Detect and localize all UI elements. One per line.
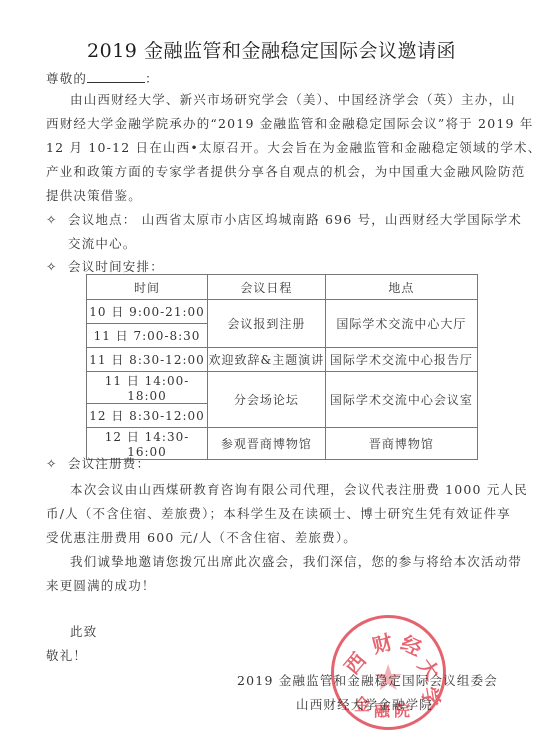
table-row: 10 日 9:00-21:00 会议报到注册 国际学术交流中心大厅	[87, 300, 478, 324]
location-cell: 晋商博物馆	[325, 428, 477, 460]
header-location: 地点	[325, 275, 477, 300]
schedule-table: 时间 会议日程 地点 10 日 9:00-21:00 会议报到注册 国际学术交流…	[86, 274, 478, 460]
table-row: 11 日 8:30-12:00 欢迎致辞&主题演讲 国际学术交流中心报告厅	[87, 348, 478, 372]
signature-org: 2019 金融监管和金融稳定国际会议组委会	[237, 671, 498, 689]
regards-line: 此致	[70, 622, 97, 640]
schedule-label: 会议时间安排：	[68, 259, 164, 274]
time-cell: 11 日 7:00-8:30	[87, 324, 208, 348]
intro-line: 由山西财经大学、新兴市场研究学会（美）、中国经济学会（英）主办，山	[70, 90, 516, 108]
agenda-cell: 欢迎致辞&主题演讲	[208, 348, 326, 372]
venue-item: ✧会议地点： 山西省太原市小店区坞城南路 696 号，山西财经大学国际学术	[46, 210, 522, 228]
closing-line: 来更圆满的成功！	[46, 576, 156, 594]
name-blank	[87, 70, 145, 83]
table-row: 11 日 14:00-18:00 分会场论坛 国际学术交流中心会议室	[87, 372, 478, 404]
time-cell: 11 日 8:30-12:00	[87, 348, 208, 372]
fee-line: 受优惠注册费用 600 元/人（不含住宿、差旅费）。	[46, 528, 357, 546]
venue-label: 会议地点：	[68, 212, 137, 227]
agenda-cell: 参观晋商博物馆	[208, 428, 326, 460]
location-cell: 国际学术交流中心会议室	[325, 372, 477, 428]
location-cell: 国际学术交流中心大厅	[325, 300, 477, 348]
intro-line: 12 月 10-12 日在山西•太原召开。大会旨在为金融监管和金融稳定领域的学术…	[46, 138, 541, 156]
venue-address-cont: 交流中心。	[68, 234, 137, 252]
time-cell: 11 日 14:00-18:00	[87, 372, 208, 404]
header-agenda: 会议日程	[208, 275, 326, 300]
intro-line: 西财经大学金融学院承办的“2019 金融监管和金融稳定国际会议”将于 2019 …	[46, 114, 534, 132]
table-header-row: 时间 会议日程 地点	[87, 275, 478, 300]
seal-char: 经	[397, 627, 427, 662]
agenda-cell: 分会场论坛	[208, 372, 326, 428]
closing-line: 我们诚挚地邀请您拨冗出席此次盛会，我们深信，您的参与将给本次活动带	[70, 552, 522, 570]
fee-line: 币/人（不含住宿、差旅费）；本科学生及在读硕士、博士研究生凭有效证件享	[46, 504, 511, 522]
time-cell: 10 日 9:00-21:00	[87, 300, 208, 324]
diamond-bullet-icon: ✧	[46, 456, 68, 471]
time-cell: 12 日 8:30-12:00	[87, 404, 208, 428]
schedule-heading: ✧会议时间安排：	[46, 257, 164, 275]
salutation: 尊敬的：	[46, 69, 159, 87]
fee-heading: ✧会议注册费：	[46, 454, 150, 472]
agenda-cell: 会议报到注册	[208, 300, 326, 348]
salutation-suffix: ：	[145, 71, 159, 86]
location-cell: 国际学术交流中心报告厅	[325, 348, 477, 372]
seal-char: 财	[369, 626, 396, 659]
salutation-prefix: 尊敬的	[46, 71, 87, 86]
intro-line: 提供决策借鉴。	[46, 186, 142, 204]
regards-line: 敬礼！	[46, 646, 87, 664]
venue-address: 山西省太原市小店区坞城南路 696 号，山西财经大学国际学术	[142, 212, 522, 227]
diamond-bullet-icon: ✧	[46, 259, 68, 274]
fee-line: 本次会议由山西煤研教育咨询有限公司代理，会议代表注册费 1000 元人民	[70, 480, 528, 498]
signature-school: 山西财经大学金融学院	[296, 695, 433, 713]
document-title: 2019 金融监管和金融稳定国际会议邀请函	[0, 36, 543, 63]
fee-label: 会议注册费：	[68, 456, 150, 471]
intro-line: 产业和政策方面的专家学者提供分享各自观点的机会，为中国重大金融风险防范	[46, 162, 526, 180]
header-time: 时间	[87, 275, 208, 300]
diamond-bullet-icon: ✧	[46, 212, 68, 227]
